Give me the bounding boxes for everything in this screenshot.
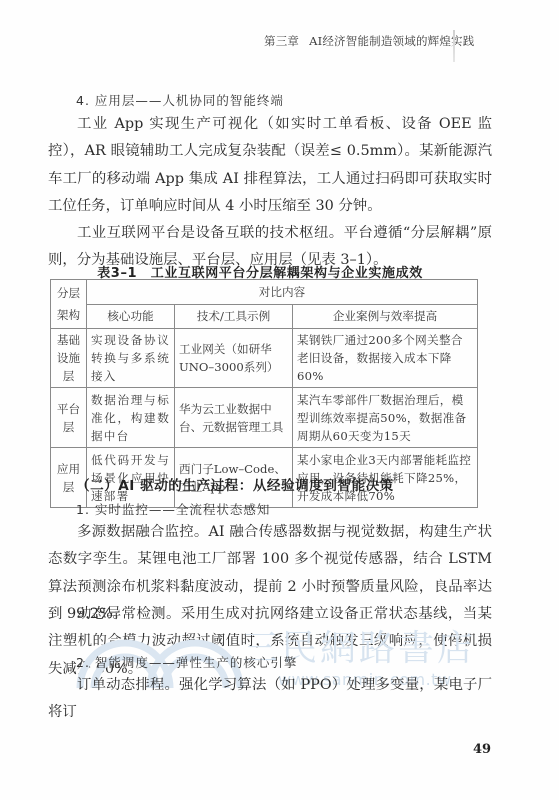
paragraph-order-scheduling: 订单动态排程。强化学习算法（如 PPO）处理多变量，某电子厂将订 [48,672,492,727]
cell-function: 实现设备协议转换与多系统接入 [87,329,175,388]
column-header-tools: 技术/工具示例 [175,304,293,329]
table-subheader-row: 核心功能 技术/工具示例 企业案例与效率提高 [51,304,478,329]
book-page: 第三章AI经济智能制造领域的辉煌实践 4. 应用层——人机协同的智能终端 工业 … [0,0,559,800]
header-rule [453,30,455,62]
chapter-title: AI经济智能制造领域的辉煌实践 [309,34,474,48]
paragraph-app-layer: 工业 App 实现生产可视化（如实时工单看板、设备 OEE 监控），AR 眼镜辅… [48,111,492,220]
cell-tools: 工业网关（如研华UNO–3000系列） [175,329,293,388]
subheading-monitoring: 1. 实时监控——全流程状态感知 [76,500,270,518]
cell-layer: 平台层 [51,388,87,448]
subheading-app-layer: 4. 应用层——人机协同的智能终端 [76,91,284,109]
cell-case: 某汽车零部件厂数据治理后，模型训练效率提高50%，数据准备周期从60天变为15天 [293,388,478,448]
cell-function: 数据治理与标准化，构建数据中台 [87,388,175,448]
column-header-case: 企业案例与效率提高 [293,304,478,329]
running-header: 第三章AI经济智能制造领域的辉煌实践 [264,33,454,49]
table-row: 基础设施层 实现设备协议转换与多系统接入 工业网关（如研华UNO–3000系列）… [51,329,478,388]
subheading-scheduling: 2. 智能调度——弹性生产的核心引擎 [76,653,297,671]
cell-layer: 基础设施层 [51,329,87,388]
chapter-label: 第三章 [264,34,299,48]
column-header-function: 核心功能 [87,304,175,329]
section-heading: （二）AI 驱动的生产过程：从经验调度到智能决策 [76,474,394,494]
cell-case: 某钢铁厂通过200多个网关整合老旧设备，数据接入成本下降60% [293,329,478,388]
cell-tools: 华为云工业数据中台、元数据管理工具 [175,388,293,448]
table-row: 平台层 数据治理与标准化，构建数据中台 华为云工业数据中台、元数据管理工具 某汽… [51,388,478,448]
page-number: 49 [473,742,491,757]
header-group: 对比内容 [87,280,478,305]
table-header-row: 分层架构 对比内容 [51,280,478,305]
header-layer: 分层架构 [51,280,87,329]
